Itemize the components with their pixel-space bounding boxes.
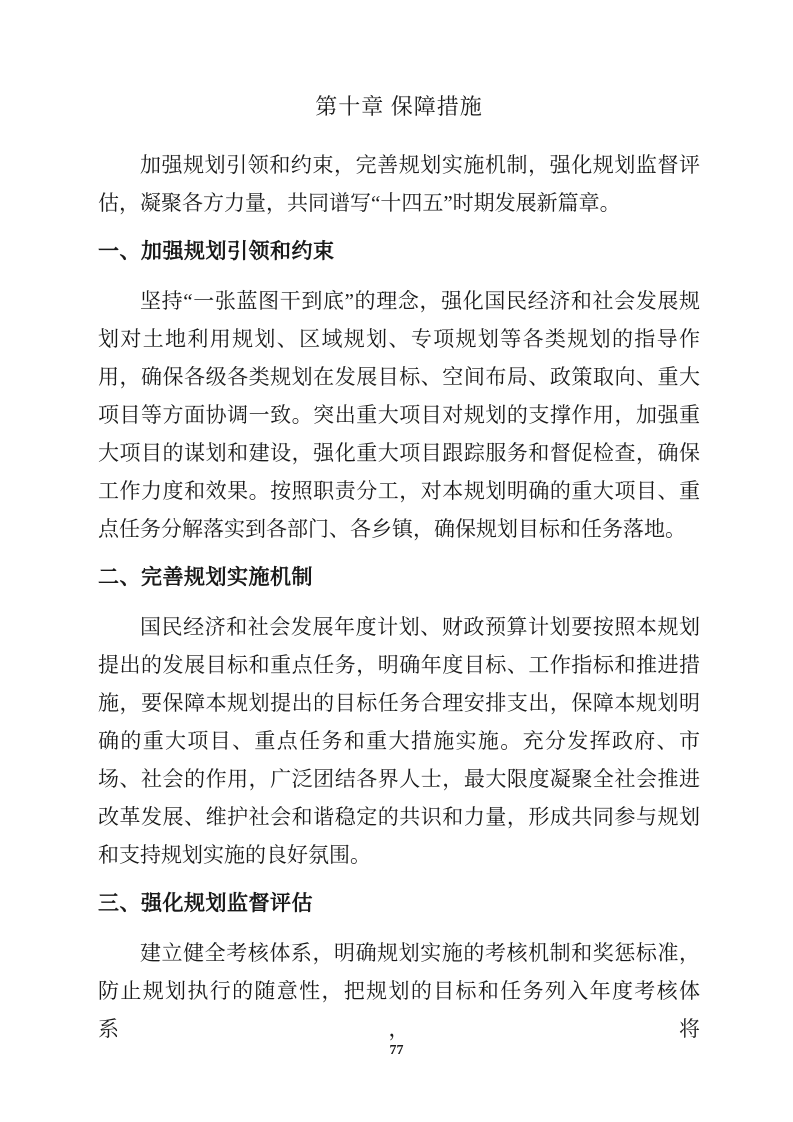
section-paragraph-2: 国民经济和社会发展年度计划、财政预算计划要按照本规划提出的发展目标和重点任务，明…	[98, 608, 700, 874]
intro-paragraph: 加强规划引领和约束，完善规划实施机制，强化规划监督评估，凝聚各方力量，共同谱写“…	[98, 146, 700, 222]
page-number: 77	[0, 1042, 793, 1060]
document-content: 第十章 保障措施 加强规划引领和约束，完善规划实施机制，强化规划监督评估，凝聚各…	[98, 92, 700, 1048]
section-paragraph-1: 坚持“一张蓝图干到底”的理念，强化国民经济和社会发展规划对土地利用规划、区域规划…	[98, 282, 700, 548]
section-heading-1: 一、加强规划引领和约束	[98, 238, 700, 266]
section-paragraph-3: 建立健全考核体系，明确规划实施的考核机制和奖惩标准，防止规划执行的随意性，把规划…	[98, 934, 700, 1048]
section-heading-3: 三、强化规划监督评估	[98, 890, 700, 918]
section-heading-2: 二、完善规划实施机制	[98, 564, 700, 592]
document-page: 第十章 保障措施 加强规划引领和约束，完善规划实施机制，强化规划监督评估，凝聚各…	[0, 0, 793, 1122]
chapter-title: 第十章 保障措施	[98, 92, 700, 122]
